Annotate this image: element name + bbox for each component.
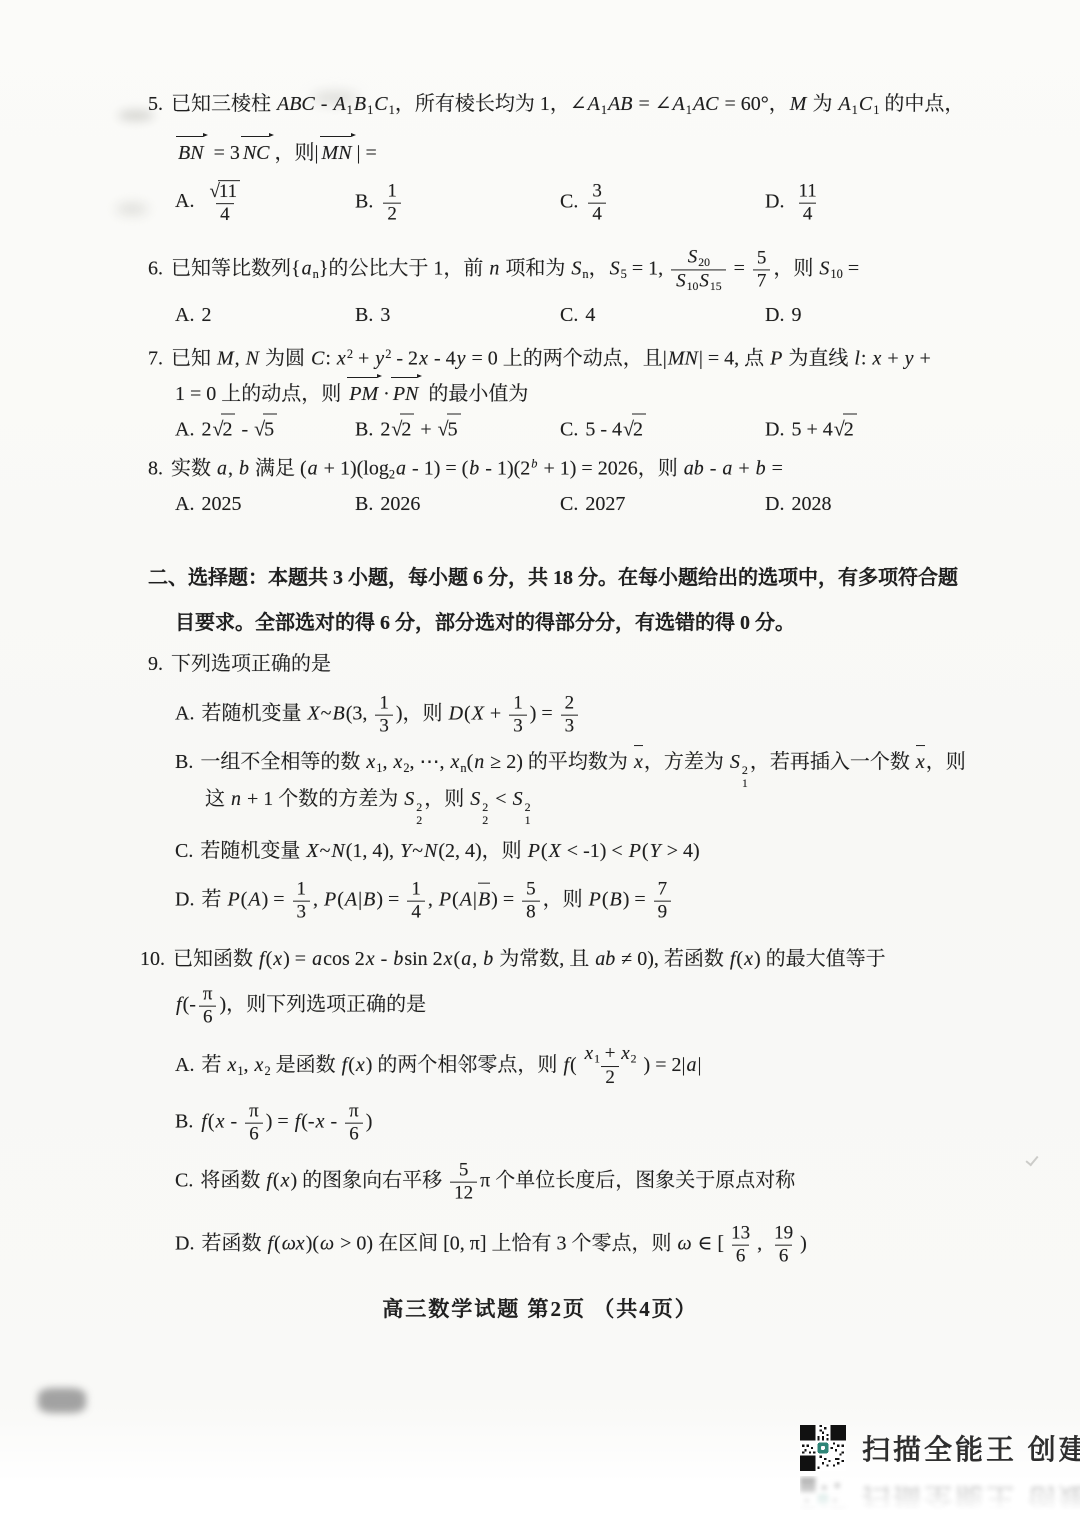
option-label: C. [560,191,578,213]
q7-number: 7. [148,347,163,369]
option-math: 2027 [585,493,625,515]
q5-option-a: A.√114 [175,180,248,226]
q9-option-a: A.若随机变量 X~B(3, 13)，则 D(X + 13) = 23 [175,693,581,738]
option-label: B. [355,419,373,441]
option-math: 4 [585,304,595,326]
q8-stem-text: 实数 a, b 满足 (a + 1)(log2a - 1) = (b - 1)(… [171,458,783,480]
option-label: A. [175,493,194,515]
q10-option-d: D.若函数 f(ωx)(ω > 0) 在区间 [0, π] 上恰有 3 个零点，… [175,1223,807,1268]
option-label: D. [765,419,784,441]
q5-stem-line1: 5.已知三棱柱 ABC - A1B1C1，所有棱长均为 1，∠A1AB = ∠A… [148,89,964,125]
q8-option-a: A.2025 [175,489,241,519]
option-math: 2√2 + √5 [380,419,461,441]
q6-stem-line: 6.已知等比数列{an}的公比大于 1，前 n 项和为 Sn，S5 = 1, S… [148,246,859,293]
option-math: 若 x1, x2 是函数 f(x) 的两个相邻零点，则 f(x1 + x22) … [201,1054,701,1076]
q5-option-b: B.12 [355,181,404,226]
q6-option-c: C.4 [560,300,595,330]
q6-number: 6. [148,258,163,280]
qr-code-icon [800,1425,846,1471]
option-math: 114 [791,191,823,213]
q5-stem-line2: BN = 3NC，则|MN| = [175,136,377,168]
q7-option-c: C.5 - 4√2 [560,414,647,445]
option-math: 2√2 - √5 [201,419,278,441]
option-label: D. [175,1233,194,1255]
q6-option-b: B.3 [355,300,390,330]
option-math: 2025 [201,493,241,515]
q5-number: 5. [148,93,163,115]
option-label: A. [175,1054,194,1076]
scan-smudge [38,1388,86,1413]
option-label: B. [175,751,193,773]
option-label: A. [175,304,194,326]
option-label: C. [175,1170,193,1192]
scan-stray-mark [1025,1153,1038,1167]
q7-option-a: A.2√2 - √5 [175,414,278,445]
option-label: B. [355,493,373,515]
option-math: 2 [201,304,211,326]
option-label: B. [355,304,373,326]
option-math: f(x - π6) = f(-x - π6) [200,1111,372,1133]
q8-option-c: C.2027 [560,489,625,519]
option-label: B. [355,191,373,213]
page-footer: 高三数学试题 第2页 （共4页） [382,1293,698,1323]
option-math: 若函数 f(ωx)(ω > 0) 在区间 [0, π] 上恰有 3 个零点，则 … [201,1233,806,1255]
option-math: 若随机变量 X~B(3, 13)，则 D(X + 13) = 23 [201,703,581,725]
section2-header-line1: 二、选择题：本题共 3 小题，每小题 6 分，共 18 分。在每小题给出的选项中… [148,563,958,593]
q5-option-c: C.34 [560,181,609,226]
option-label: C. [175,840,193,862]
option-math: 2026 [380,493,420,515]
q10-stem-text: 已知函数 f(x) = acos 2x - bsin 2x(a, b 为常数, … [173,948,886,970]
q9-stem-line: 9.下列选项正确的是 [148,649,331,679]
scanned-exam-page: 5.已知三棱柱 ABC - A1B1C1，所有棱长均为 1，∠A1AB = ∠A… [0,0,1080,1528]
q9-option-c: C.若随机变量 X~N(1, 4), Y~N(2, 4)，则 P(X < -1)… [175,836,700,866]
option-label: A. [175,419,194,441]
q10-option-a: A.若 x1, x2 是函数 f(x) 的两个相邻零点，则 f(x1 + x22… [175,1043,702,1089]
option-label: C. [560,493,578,515]
qr-code-icon [800,1477,846,1523]
scanner-watermark-reflection: 扫描全能王 创建 [800,1476,1080,1524]
q9-option-d: D.若 P(A) = 13, P(A|B) = 14, P(A|B) = 58，… [175,879,674,924]
option-math: 34 [585,191,609,213]
option-label: D. [765,493,784,515]
scanner-watermark-text: 扫描全能王 创建 [862,1428,1080,1468]
option-math: 5 - 4√2 [585,419,647,441]
q10-option-c: C.将函数 f(x) 的图象向右平移 512π 个单位长度后，图象关于原点对称 [175,1160,795,1205]
option-label: D. [765,304,784,326]
q10-stem-line2: f(-π6)，则下列选项正确的是 [175,984,426,1029]
option-math: 2028 [791,493,831,515]
option-math: 将函数 f(x) 的图象向右平移 512π 个单位长度后，图象关于原点对称 [200,1170,795,1192]
option-label: B. [175,1111,193,1133]
q7-stem-line1: 7.已知 M, N 为圆 C: x2 + y2 - 2x - 4y = 0 上的… [148,339,931,374]
option-label: A. [175,191,194,213]
scanner-watermark: 扫描全能王 创建 [800,1424,1080,1472]
option-math: 若 P(A) = 13, P(A|B) = 14, P(A|B) = 58，则 … [201,889,674,911]
q8-option-b: B.2026 [355,489,420,519]
q7-option-d: D.5 + 4√2 [765,414,858,445]
option-label: C. [560,419,578,441]
section2-header-line2: 目要求。全部选对的得 6 分，部分选对的得部分分，有选错的得 0 分。 [175,608,795,638]
option-label: C. [560,304,578,326]
q9-option-b-line2: 这 n + 1 个数的方差为 S22，则 S22 < S21 [205,784,533,828]
q6-option-a: A.2 [175,300,211,330]
option-math: 一组不全相等的数 x1, x2, ⋯, xn(n ≥ 2) 的平均数为 x，方差… [200,751,965,773]
option-math: 9 [791,304,801,326]
q8-option-d: D.2028 [765,489,831,519]
scanner-watermark-text: 扫描全能王 创建 [862,1480,1080,1520]
q7-stem-text: 已知 M, N 为圆 C: x2 + y2 - 2x - 4y = 0 上的两个… [171,347,931,369]
q6-option-d: D.9 [765,300,801,330]
option-math: 12 [380,191,404,213]
q7-option-b: B.2√2 + √5 [355,414,462,445]
option-math: 若随机变量 X~N(1, 4), Y~N(2, 4)，则 P(X < -1) <… [200,840,699,862]
q8-stem-line: 8.实数 a, b 满足 (a + 1)(log2a - 1) = (b - 1… [148,449,783,490]
q9-stem-text: 下列选项正确的是 [171,653,331,675]
q5-option-d: D.114 [765,181,824,226]
q7-stem-line2: 1 = 0 上的动点，则 PM·PN 的最小值为 [175,377,528,409]
option-math: 3 [380,304,390,326]
q6-stem-text: 已知等比数列{an}的公比大于 1，前 n 项和为 Sn，S5 = 1, S20… [171,258,859,280]
q5-stem-text: 已知三棱柱 ABC - A1B1C1，所有棱长均为 1，∠A1AB = ∠A1A… [171,93,964,115]
option-label: D. [765,191,784,213]
option-label: D. [175,889,194,911]
q10-option-b: B.f(x - π6) = f(-x - π6) [175,1101,372,1146]
q10-number: 10. [140,948,165,970]
q9-number: 9. [148,653,163,675]
option-label: A. [175,703,194,725]
scan-smudge [116,204,148,214]
q8-number: 8. [148,458,163,480]
option-math: √114 [201,191,248,213]
option-math: 5 + 4√2 [791,419,857,441]
q10-stem-line1: 10.已知函数 f(x) = acos 2x - bsin 2x(a, b 为常… [140,944,886,974]
